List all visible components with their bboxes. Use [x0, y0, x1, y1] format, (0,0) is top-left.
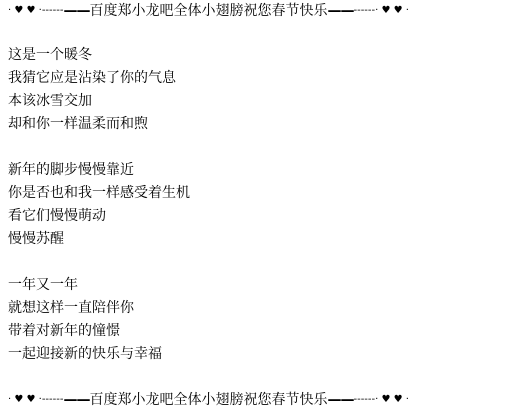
poem-line: 就想这样一直陪伴你 — [8, 297, 508, 320]
poem-line: 本该冰雪交加 — [8, 90, 508, 113]
heart-ornament-icon: · ♥ ♥ · — [8, 0, 42, 22]
dash-divider: ------ — [42, 389, 64, 411]
bar-divider: —— — [63, 0, 89, 22]
poem-line: 我猜它应是沾染了你的气息 — [8, 67, 508, 90]
footer-banner: · ♥ ♥ · ------ —— 百度郑小龙吧全体小翅膀祝您春节快乐 —— -… — [8, 389, 508, 411]
bar-divider: —— — [327, 389, 353, 411]
poem-line: 一年又一年 — [8, 274, 508, 297]
dash-divider: ------ — [353, 0, 375, 22]
spacer — [8, 22, 508, 44]
bar-divider: —— — [63, 389, 89, 411]
poem-document: · ♥ ♥ · ------ —— 百度郑小龙吧全体小翅膀祝您春节快乐 —— -… — [8, 0, 508, 411]
spacer — [8, 366, 508, 389]
heart-ornament-icon: · ♥ ♥ · — [375, 389, 409, 411]
banner-title: 百度郑小龙吧全体小翅膀祝您春节快乐 — [89, 0, 327, 22]
banner-title: 百度郑小龙吧全体小翅膀祝您春节快乐 — [89, 389, 327, 411]
stanza-2: 新年的脚步慢慢靠近 你是否也和我一样感受着生机 看它们慢慢萌动 慢慢苏醒 — [8, 159, 508, 251]
spacer — [8, 136, 508, 159]
heart-ornament-icon: · ♥ ♥ · — [8, 389, 42, 411]
bar-divider: —— — [327, 0, 353, 22]
poem-line: 这是一个暖冬 — [8, 44, 508, 67]
stanza-1: 这是一个暖冬 我猜它应是沾染了你的气息 本该冰雪交加 却和你一样温柔而和煦 — [8, 44, 508, 136]
header-banner: · ♥ ♥ · ------ —— 百度郑小龙吧全体小翅膀祝您春节快乐 —— -… — [8, 0, 508, 22]
poem-line: 看它们慢慢萌动 — [8, 205, 508, 228]
poem-line: 一起迎接新的快乐与幸福 — [8, 343, 508, 366]
heart-ornament-icon: · ♥ ♥ · — [375, 0, 409, 22]
poem-line: 带着对新年的憧憬 — [8, 320, 508, 343]
spacer — [8, 251, 508, 274]
dash-divider: ------ — [42, 0, 64, 22]
poem-line: 却和你一样温柔而和煦 — [8, 113, 508, 136]
poem-line: 慢慢苏醒 — [8, 228, 508, 251]
poem-line: 你是否也和我一样感受着生机 — [8, 182, 508, 205]
poem-line: 新年的脚步慢慢靠近 — [8, 159, 508, 182]
dash-divider: ------ — [353, 389, 375, 411]
stanza-3: 一年又一年 就想这样一直陪伴你 带着对新年的憧憬 一起迎接新的快乐与幸福 — [8, 274, 508, 366]
